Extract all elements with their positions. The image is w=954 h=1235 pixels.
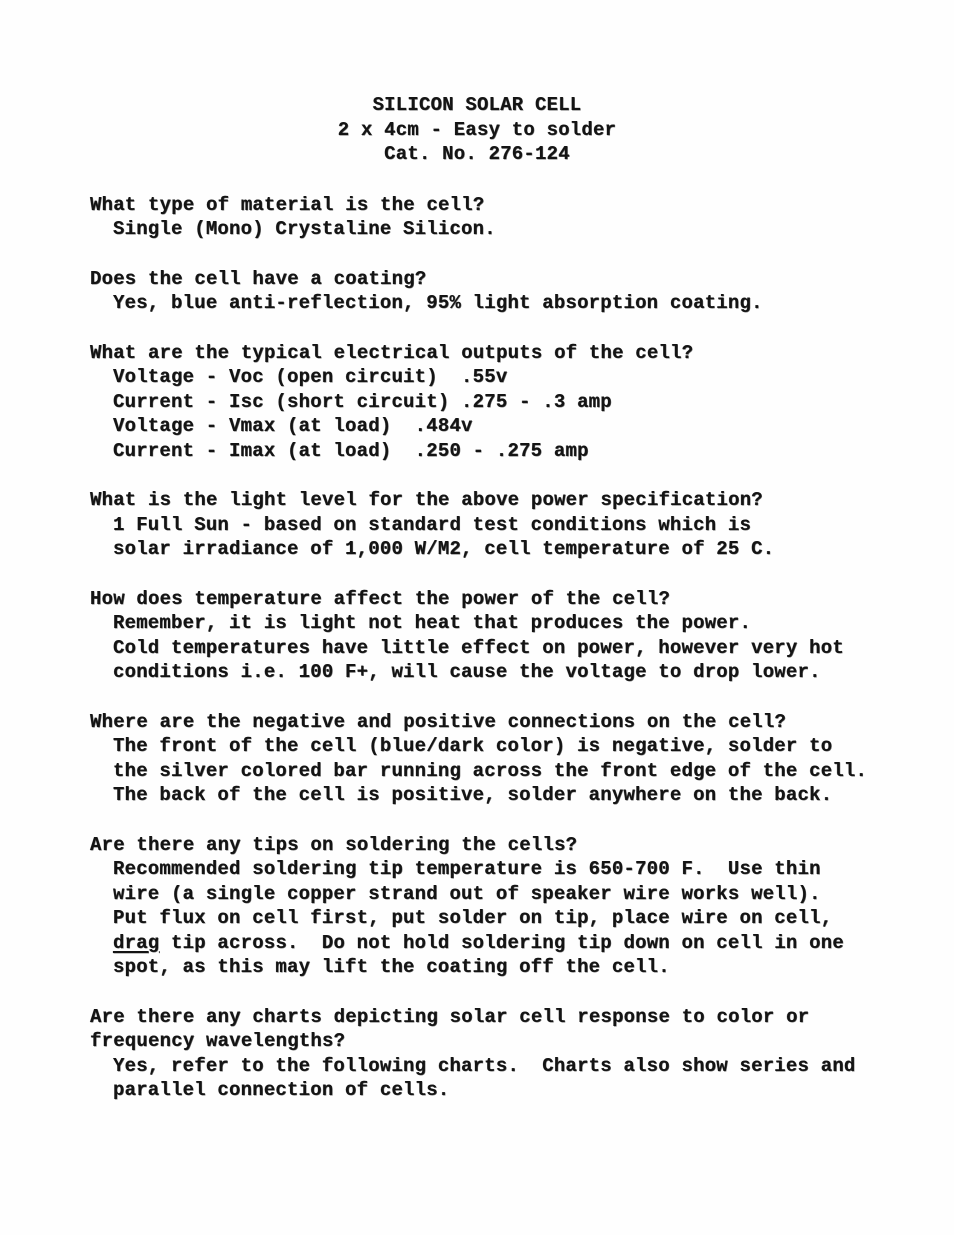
answer-line: Put flux on cell first, put solder on ti…: [90, 906, 954, 931]
qa-block: Where are the negative and positive conn…: [90, 710, 954, 808]
doc-subtitle: 2 x 4cm - Easy to solder: [0, 118, 954, 143]
qa-block: What is the light level for the above po…: [90, 488, 954, 562]
underlined-word: drag: [113, 932, 159, 954]
question-line: Are there any tips on soldering the cell…: [90, 833, 954, 858]
qa-block: Are there any tips on soldering the cell…: [90, 833, 954, 980]
answer-line: solar irradiance of 1,000 W/M2, cell tem…: [90, 537, 954, 562]
answer-line: drag tip across. Do not hold soldering t…: [90, 931, 954, 956]
qa-block: What are the typical electrical outputs …: [90, 341, 954, 464]
answer-line: parallel connection of cells.: [90, 1078, 954, 1103]
answer-line: conditions i.e. 100 F+, will cause the v…: [90, 660, 954, 685]
answer-line: The back of the cell is positive, solder…: [90, 783, 954, 808]
document-header: SILICON SOLAR CELL 2 x 4cm - Easy to sol…: [0, 0, 954, 167]
doc-catalog-number: Cat. No. 276-124: [0, 142, 954, 167]
question-line: How does temperature affect the power of…: [90, 587, 954, 612]
answer-line: Voltage - Voc (open circuit) .55v: [90, 365, 954, 390]
answer-line: Voltage - Vmax (at load) .484v: [90, 414, 954, 439]
question-line: What is the light level for the above po…: [90, 488, 954, 513]
scanned-document-page: SILICON SOLAR CELL 2 x 4cm - Easy to sol…: [0, 0, 954, 1235]
qa-block: How does temperature affect the power of…: [90, 587, 954, 685]
answer-line: wire (a single copper strand out of spea…: [90, 882, 954, 907]
qa-block: What type of material is the cell?Single…: [90, 193, 954, 242]
question-line: Does the cell have a coating?: [90, 267, 954, 292]
doc-title: SILICON SOLAR CELL: [0, 93, 954, 118]
answer-line: Yes, refer to the following charts. Char…: [90, 1054, 954, 1079]
qa-block: Does the cell have a coating?Yes, blue a…: [90, 267, 954, 316]
answer-line: Single (Mono) Crystaline Silicon.: [90, 217, 954, 242]
answer-line: Cold temperatures have little effect on …: [90, 636, 954, 661]
question-line: frequency wavelengths?: [90, 1029, 954, 1054]
qa-list: What type of material is the cell?Single…: [0, 193, 954, 1103]
question-line: What are the typical electrical outputs …: [90, 341, 954, 366]
question-line: Are there any charts depicting solar cel…: [90, 1005, 954, 1030]
answer-line: the silver colored bar running across th…: [90, 759, 954, 784]
question-line: What type of material is the cell?: [90, 193, 954, 218]
answer-line: Remember, it is light not heat that prod…: [90, 611, 954, 636]
answer-line: The front of the cell (blue/dark color) …: [90, 734, 954, 759]
answer-line: spot, as this may lift the coating off t…: [90, 955, 954, 980]
answer-line: 1 Full Sun - based on standard test cond…: [90, 513, 954, 538]
question-line: Where are the negative and positive conn…: [90, 710, 954, 735]
answer-line: Current - Imax (at load) .250 - .275 amp: [90, 439, 954, 464]
answer-line: Yes, blue anti-reflection, 95% light abs…: [90, 291, 954, 316]
answer-line: Recommended soldering tip temperature is…: [90, 857, 954, 882]
answer-line: Current - Isc (short circuit) .275 - .3 …: [90, 390, 954, 415]
qa-block: Are there any charts depicting solar cel…: [90, 1005, 954, 1103]
